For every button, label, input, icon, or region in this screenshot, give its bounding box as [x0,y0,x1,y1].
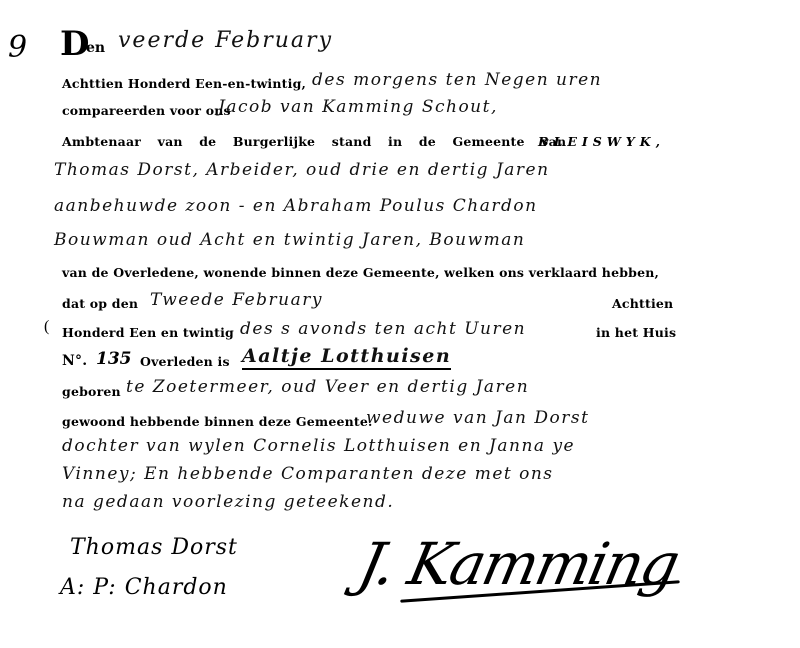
printed-no: N°. [62,353,87,369]
handwritten-occupation: Bouwman oud Acht en twintig Jaren, Bouwm… [54,230,525,250]
handwritten-birthplace: te Zoetermeer, oud Veer en dertig Jaren [126,377,529,397]
place-name: BLEISWYK, [538,134,665,149]
handwritten-comparanten: Vinney; En hebbende Comparanten deze met… [62,464,554,484]
handwritten-witness2: aanbehuwde zoon - en Abraham Poulus Char… [54,196,538,216]
handwritten-death-time: des s avonds ten acht Uuren [240,319,526,339]
printed-geboren: geboren [62,384,121,399]
printed-year: Achttien Honderd Een-en-twintig, [62,76,306,91]
death-record-page: 9 D en veerde February Achttien Honderd … [0,0,800,648]
signature-witness1: Thomas Dorst [70,535,238,560]
handwritten-time: des morgens ten Negen uren [312,70,602,90]
signature-witness2: A: P: Chardon [60,575,228,600]
printed-dat-op-den: dat op den [62,296,138,311]
handwritten-closing: na gedaan voorlezing geteekend. [62,492,394,512]
handwritten-parents: dochter van wylen Cornelis Lotthuisen en… [62,436,575,456]
signature-official: J. Kamming [353,530,684,598]
handwritten-witness1: Thomas Dorst, Arbeider, oud drie en dert… [54,160,550,180]
handwritten-death-date: Tweede February [150,290,323,310]
house-number: 135 [96,349,132,369]
printed-honderd: Honderd Een en twintig [62,325,234,340]
deceased-name: Aaltje Lotthuisen [242,345,451,370]
margin-mark: ( [44,318,49,336]
handwritten-date: veerde February [118,28,333,53]
printed-ambtenaar: Ambtenaar van de Burgerlijke stand in de… [62,134,566,149]
record-number: 9 [8,30,27,65]
den-suffix: en [86,40,105,56]
printed-overledene: van de Overledene, wonende binnen deze G… [62,265,659,280]
printed-achttien: Achttien [612,296,673,311]
printed-gewoond: gewoond hebbende binnen deze Gemeente. [62,414,373,429]
handwritten-widow: weduwe van Jan Dorst [366,408,589,428]
printed-overleden-is: Overleden is [140,354,230,369]
handwritten-official: Jacob van Kamming Schout, [218,97,498,117]
printed-in-het-huis: in het Huis [596,325,676,340]
printed-compareerden: compareerden voor ons [62,103,231,118]
